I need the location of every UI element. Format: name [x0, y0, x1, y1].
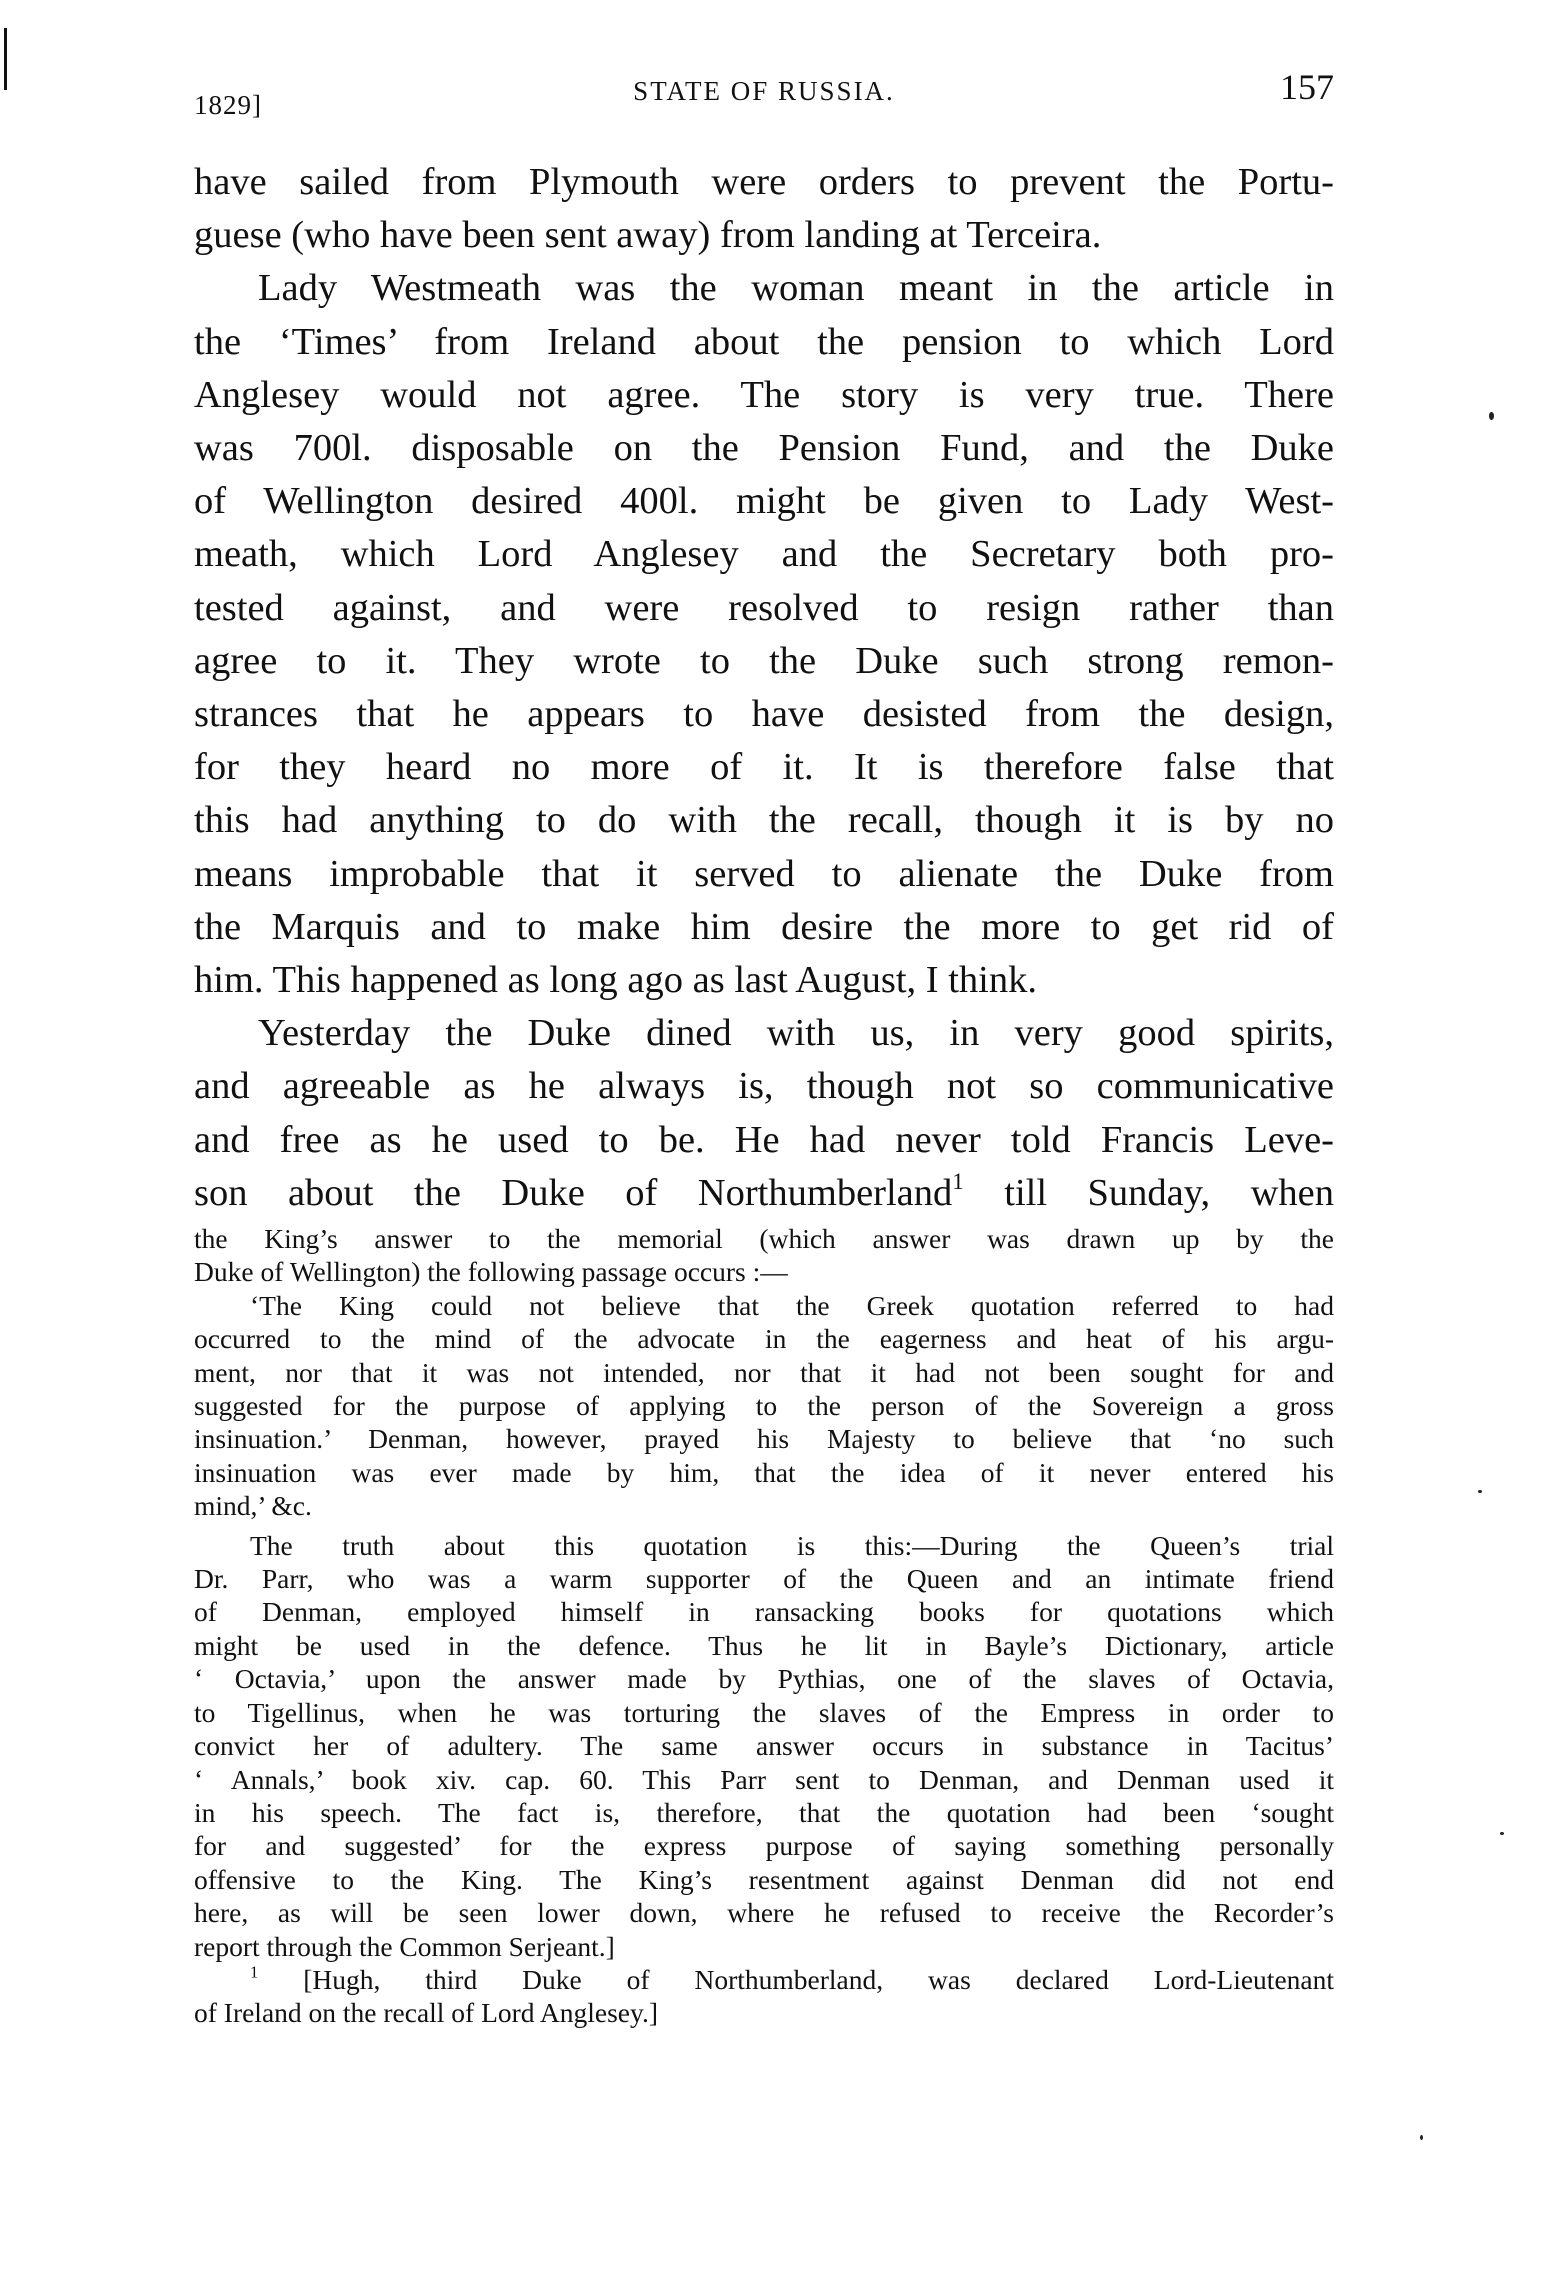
footnote-line: 1 [Hugh, third Duke of Northumberland, w…	[194, 1963, 1334, 1996]
text-line: meath, which Lord Anglesey and the Secre…	[194, 528, 1334, 581]
text-line: the ‘Times’ from Ireland about the pensi…	[194, 316, 1334, 369]
footnote-line: might be used in the defence. Thus he li…	[194, 1629, 1334, 1662]
footnote-line: in his speech. The fact is, therefore, t…	[194, 1796, 1334, 1829]
text-line: tested against, and were resolved to res…	[194, 582, 1334, 635]
text-fragment: son about the Duke of Northumberland	[194, 1172, 952, 1214]
footnote-line: Duke of Wellington) the following passag…	[194, 1255, 1334, 1288]
text-fragment: till Sunday, when	[1004, 1172, 1334, 1214]
running-title: STATE OF RUSSIA.	[194, 76, 1334, 107]
footnote-line: Dr. Parr, who was a warm supporter of th…	[194, 1562, 1334, 1595]
footnote-line: ‘The King could not believe that the Gre…	[194, 1289, 1334, 1322]
text-line: agree to it. They wrote to the Duke such…	[194, 635, 1334, 688]
text-line: means improbable that it served to alien…	[194, 848, 1334, 901]
running-header: 1829] STATE OF RUSSIA. 157	[194, 66, 1334, 126]
footnote-truth: The truth about this quotation is this:—…	[194, 1529, 1334, 1963]
footnote-continued: the King’s answer to the memorial (which…	[194, 1222, 1334, 1289]
footnote-line: offensive to the King. The King’s resent…	[194, 1863, 1334, 1896]
footnote-marker: 1	[250, 1962, 258, 1981]
footnote-line: here, as will be seen lower down, where …	[194, 1896, 1334, 1929]
footnote-line: convict her of adultery. The same answer…	[194, 1729, 1334, 1762]
text-line: this had anything to do with the recall,…	[194, 794, 1334, 847]
footnote-line: insinuation.’ Denman, however, prayed hi…	[194, 1422, 1334, 1455]
text-line: of Wellington desired 400l. might be giv…	[194, 475, 1334, 528]
text-line: Anglesey would not agree. The story is v…	[194, 369, 1334, 422]
footnote-line: the King’s answer to the memorial (which…	[194, 1222, 1334, 1255]
text-line: for they heard no more of it. It is ther…	[194, 741, 1334, 794]
text-line: and agreeable as he always is, though no…	[194, 1060, 1334, 1113]
footnote-line: of Denman, employed himself in ransackin…	[194, 1595, 1334, 1628]
text-line: strances that he appears to have desiste…	[194, 688, 1334, 741]
footnote-1: 1 [Hugh, third Duke of Northumberland, w…	[194, 1963, 1334, 2030]
footnote-line: occurred to the mind of the advocate in …	[194, 1322, 1334, 1355]
footnote-line: ment, nor that it was not intended, nor …	[194, 1356, 1334, 1389]
text-line: guese (who have been sent away) from lan…	[194, 209, 1334, 262]
text-line: was 700l. disposable on the Pension Fund…	[194, 422, 1334, 475]
paragraph: Lady Westmeath was the woman meant in th…	[194, 262, 1334, 1007]
footnote-line: insinuation was ever made by him, that t…	[194, 1456, 1334, 1489]
text-line: have sailed from Plymouth were orders to…	[194, 156, 1334, 209]
text-line: Lady Westmeath was the woman meant in th…	[194, 262, 1334, 315]
text-line: him. This happened as long ago as last A…	[194, 954, 1334, 1007]
page-number: 157	[1280, 66, 1334, 108]
scan-speck	[1478, 1490, 1482, 1493]
scan-margin-mark	[4, 28, 7, 90]
scan-speck	[1420, 2135, 1423, 2140]
footnote-line: report through the Common Serjeant.]	[194, 1930, 1334, 1963]
footnote-line: ‘ Octavia,’ upon the answer made by Pyth…	[194, 1662, 1334, 1695]
text-line: and free as he used to be. He had never …	[194, 1114, 1334, 1167]
text-fragment: [Hugh, third Duke of Northumberland, was…	[303, 1964, 1334, 1995]
main-text: have sailed from Plymouth were orders to…	[194, 156, 1334, 1220]
paragraph: Yesterday the Duke dined with us, in ver…	[194, 1007, 1334, 1220]
text-line: the Marquis and to make him desire the m…	[194, 901, 1334, 954]
paragraph: have sailed from Plymouth were orders to…	[194, 156, 1334, 262]
footnote-line: mind,’ &c.	[194, 1489, 1334, 1522]
text-line: Yesterday the Duke dined with us, in ver…	[194, 1007, 1334, 1060]
footnote-ref-1[interactable]: 1	[952, 1168, 964, 1194]
footnote-line: to Tigellinus, when he was torturing the…	[194, 1696, 1334, 1729]
footnote-quote: ‘The King could not believe that the Gre…	[194, 1289, 1334, 1523]
footnote-line: The truth about this quotation is this:—…	[194, 1529, 1334, 1562]
footnote-line: for and suggested’ for the express purpo…	[194, 1829, 1334, 1862]
footnote-line: suggested for the purpose of applying to…	[194, 1389, 1334, 1422]
footnotes: the King’s answer to the memorial (which…	[194, 1222, 1334, 2030]
scan-speck	[1500, 1832, 1504, 1835]
scan-speck	[1489, 412, 1494, 420]
text-line: son about the Duke of Northumberland1 ti…	[194, 1167, 1334, 1220]
footnote-line: of Ireland on the recall of Lord Anglese…	[194, 1996, 1334, 2029]
footnote-line: ‘ Annals,’ book xiv. cap. 60. This Parr …	[194, 1763, 1334, 1796]
